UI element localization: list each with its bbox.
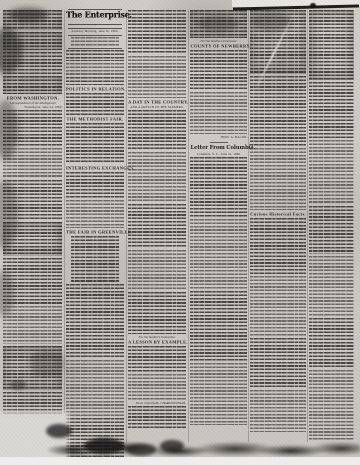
text-block <box>128 152 186 202</box>
text-block <box>309 370 354 440</box>
text-block <box>250 390 306 432</box>
column-3: A DAY IN THE COUNTRY. AND A SKETCH OF TH… <box>128 10 186 432</box>
article-divider <box>210 142 228 143</box>
headline-text: INTERESTING EXCHANGES. <box>66 166 124 171</box>
text-block <box>250 76 306 146</box>
publisher-lines <box>71 37 119 46</box>
text-block <box>190 219 247 289</box>
text-block <box>66 172 124 198</box>
column-rule <box>126 10 127 442</box>
column-2: The Enterprise. Saturday Morning, June 3… <box>66 8 124 460</box>
column-6 <box>309 10 354 442</box>
text-block <box>309 318 354 368</box>
column-5: Curious Historical Facts. <box>250 10 306 434</box>
masthead-bottom-rule <box>68 24 122 29</box>
headline-text: Curious Historical Facts. <box>250 212 306 217</box>
headline-text: Letter From Columbia. <box>190 145 247 150</box>
ink-speck <box>310 3 316 8</box>
headline-text: THE METHODIST FAIR. <box>66 117 124 122</box>
text-block <box>66 123 124 164</box>
text-block <box>66 284 124 358</box>
column-4: For the Southern Enterprise. COUNTY OF N… <box>190 10 247 427</box>
text-block <box>128 406 186 430</box>
name-list-block <box>71 236 119 282</box>
byline-text: AND A SKETCH OF THE FARMERS. <box>128 106 186 109</box>
column-rule <box>188 10 189 442</box>
smudge <box>196 16 240 32</box>
text-block <box>128 374 186 400</box>
notice-block <box>66 50 124 61</box>
ink-blot <box>46 424 72 438</box>
text-block <box>190 363 247 425</box>
ink-blot <box>10 380 26 390</box>
text-block <box>66 93 124 115</box>
column-rule <box>307 10 308 442</box>
text-block <box>190 157 247 217</box>
column-rule <box>64 10 65 442</box>
text-block <box>190 291 247 361</box>
text-block <box>250 276 306 336</box>
notice-block <box>66 63 124 75</box>
text-block <box>128 250 186 290</box>
masthead-dateline-text: Saturday Morning, June 30, 1860. <box>66 30 124 33</box>
smudge <box>30 350 64 376</box>
text-block <box>250 218 306 274</box>
text-block <box>190 50 247 90</box>
newspaper-page: FROM WASHINGTON. Correspondence of the I… <box>0 0 360 458</box>
divider-rule <box>68 35 122 36</box>
text-block <box>128 10 186 54</box>
masthead-dateline: Saturday Morning, June 30, 1860. <box>66 30 124 34</box>
text-block <box>309 10 354 80</box>
text-block <box>309 256 354 316</box>
scanned-newspaper-page: { "masthead": { "title": "The Enterprise… <box>0 0 360 465</box>
text-block <box>128 204 186 248</box>
headline-text: POLITICS IN RELATION. <box>66 87 124 92</box>
text-block <box>128 346 186 372</box>
text-block <box>309 206 354 254</box>
text-block <box>250 338 306 388</box>
divider-rule <box>68 48 122 49</box>
text-block <box>190 92 247 134</box>
headline-text: A LESSON BY EXAMPLE. <box>128 340 186 345</box>
masthead-title-text: The Enterprise. <box>66 11 124 19</box>
text-block <box>309 82 354 138</box>
text-block <box>128 292 186 334</box>
headline-text: THE FAIR IN GREENVILLE. <box>66 230 124 235</box>
text-block <box>3 76 62 94</box>
headline-text: COUNTY OF NEWBERRY. <box>190 44 247 49</box>
text-block <box>128 110 186 150</box>
text-block <box>250 148 306 210</box>
text-block <box>66 200 124 228</box>
signature-text: THOS. G. BACON. <box>190 136 247 139</box>
text-block <box>128 56 186 98</box>
column-rule <box>248 10 249 442</box>
notice-block <box>66 77 124 85</box>
scanner-background <box>0 457 360 465</box>
ink-stain <box>8 8 48 22</box>
masthead-title: The Enterprise. <box>66 11 124 23</box>
text-block <box>309 140 354 204</box>
text-block <box>3 306 62 344</box>
text-block <box>66 360 124 416</box>
dateline-text: Columbia, S. C., June 21, 1860. <box>190 153 247 156</box>
headline-text: FROM WASHINGTON. <box>3 96 62 101</box>
signature-line: THOS. G. BACON. <box>190 136 247 140</box>
signature-text: Yours respectfully, CHARLESTONIAN. <box>128 402 186 405</box>
headline-text: A DAY IN THE COUNTRY. <box>128 100 186 105</box>
